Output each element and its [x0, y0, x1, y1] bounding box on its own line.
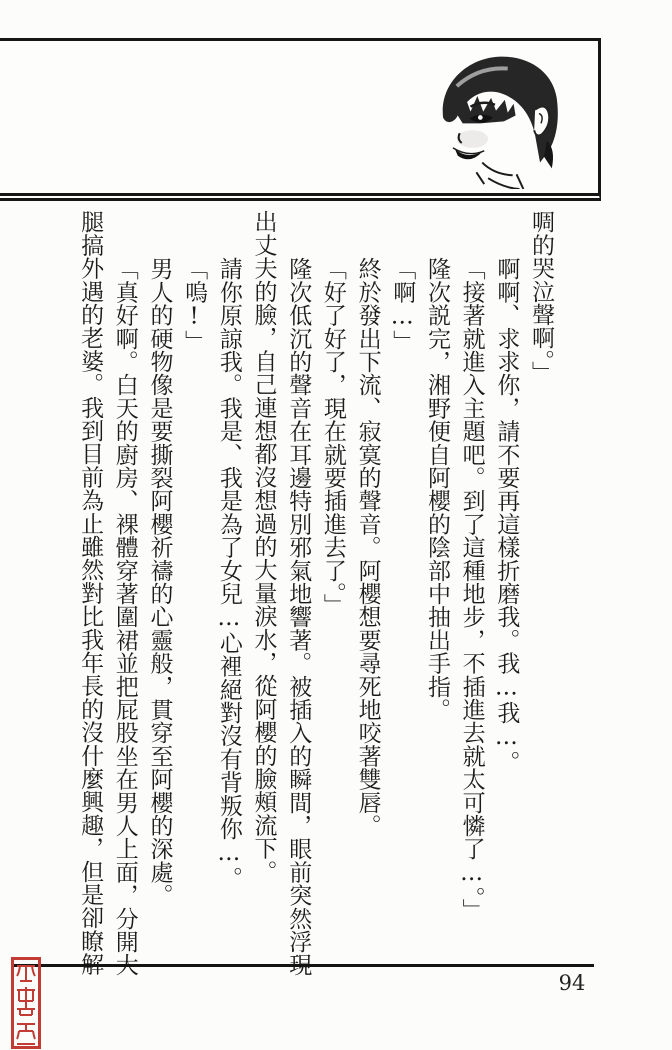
portrait-illustration [420, 47, 570, 189]
text-column: 「真好啊。白天的廚房、裸體穿著圍裙並把屁股坐在男人上面，分開大 [107, 210, 142, 972]
publisher-seal-stamp [11, 957, 41, 1049]
text-column: 出丈夫的臉，自己連想都沒想過的大量淚水，從阿櫻的臉頰流下。 [246, 210, 281, 972]
text-column: 啊啊、求求你，請不要再這樣折磨我。我…我…。 [489, 210, 524, 972]
text-column: 隆次低沉的聲音在耳邊特別邪氣地響著。被插入的瞬間，眼前突然浮現 [281, 210, 316, 972]
text-column: 男人的硬物像是要撕裂阿櫻祈禱的心靈般，貫穿至阿櫻的深處。 [142, 210, 177, 972]
text-column: 終於發出下流、寂寞的聲音。阿櫻想要尋死地咬著雙唇。 [350, 210, 385, 972]
text-column: 啁的哭泣聲啊。」 [523, 210, 558, 972]
text-column: 隆次説完，湘野便自阿櫻的陰部中抽出手指。 [419, 210, 454, 972]
illustration-frame [0, 38, 601, 201]
text-column: 請你原諒我。我是、我是為了女兒…心裡絕對沒有背叛你…。 [211, 210, 246, 972]
text-column: 「接著就進入主題吧。到了這種地步，不插進去就太可憐了…。」 [454, 210, 489, 972]
text-column: 「啊…」 [385, 210, 420, 972]
body-text: 啁的哭泣聲啊。」啊啊、求求你，請不要再這樣折磨我。我…我…。「接著就進入主題吧。… [72, 210, 558, 972]
footer-rule [14, 964, 594, 967]
text-column: 「好了好了，現在就要插進去了。」 [315, 210, 350, 972]
page-number: 94 [552, 971, 592, 995]
book-page: { "page": { "number": "94", "background_… [0, 0, 672, 1050]
text-column: 「嗚!」 [176, 210, 211, 972]
text-column: 腿搞外遇的老婆。我到目前為止雖然對比我年長的沒什麼興趣，但是卻瞭解 [72, 210, 107, 972]
